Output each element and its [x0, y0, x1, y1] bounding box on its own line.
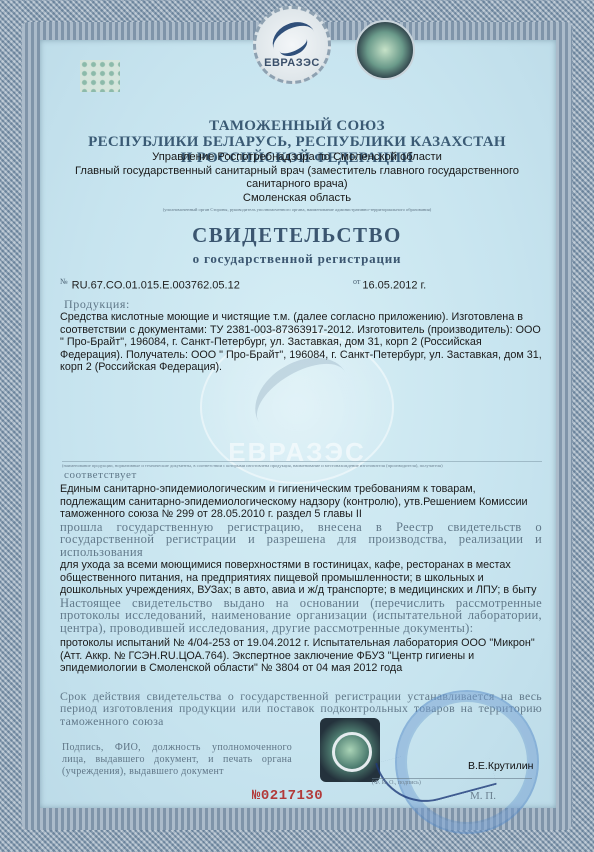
product-description: Средства кислотные моющие и чистящие т.м…	[60, 311, 542, 374]
eurasec-emblem-icon: ЕВРАЗЭС	[253, 6, 331, 84]
issuing-authority: Управление Роспотребнадзора по Смоленско…	[60, 151, 534, 205]
authority-line-1: Управление Роспотребнадзора по Смоленско…	[60, 151, 534, 165]
compliance-label: соответствует	[64, 469, 137, 481]
signer-name: В.Е.Крутилин	[468, 760, 533, 772]
product-label: Продукция:	[64, 297, 130, 312]
hologram-seal-icon	[320, 718, 380, 782]
header-line-2: РЕСПУБЛИКИ БЕЛАРУСЬ, РЕСПУБЛИКИ КАЗАХСТА…	[0, 134, 594, 150]
stamp-place-mark: М. П.	[470, 790, 496, 802]
header-line-1: ТАМОЖЕННЫЙ СОЮЗ	[0, 118, 594, 134]
registration-date-value: 16.05.2012 г.	[362, 280, 426, 292]
hologram-sticker-icon	[355, 20, 415, 80]
number-prefix: №	[60, 277, 68, 286]
authority-caption: (уполномоченный орган Стороны, руководит…	[95, 207, 499, 212]
compliance-text: Единым санитарно-эпидемиологическим и ги…	[60, 483, 542, 521]
product-caption: (наименование продукции, нормативные и т…	[62, 461, 542, 468]
signature-label: Подпись, ФИО, должность уполномоченного …	[62, 742, 292, 778]
basis-label: Настоящее свидетельство выдано на основа…	[60, 597, 542, 634]
authority-line-3: Смоленская область	[60, 192, 534, 206]
basis-documents: протоколы испытаний № 4/04-253 от 19.04.…	[60, 637, 542, 675]
registration-statement: прошла государственную регистрацию, внес…	[60, 521, 542, 558]
guilloche-pattern	[80, 60, 120, 92]
form-serial-number: №0217130	[252, 788, 323, 804]
registration-number-value: RU.67.CO.01.015.E.003762.05.12	[72, 280, 240, 292]
document-title: СВИДЕТЕЛЬСТВО	[0, 223, 594, 248]
registration-number: №RU.67.CO.01.015.E.003762.05.12	[60, 277, 240, 292]
registration-date: от16.05.2012 г.	[353, 277, 426, 292]
authority-line-2: Главный государственный санитарный врач …	[60, 165, 534, 192]
document-subtitle: о государственной регистрации	[0, 251, 594, 267]
usage-scope: для ухода за всеми моющимися поверхностя…	[60, 559, 542, 597]
fio-caption: (Ф. И. О., подпись)	[372, 778, 532, 786]
certificate-page: ЕВРАЗЭС ТАМОЖЕННЫЙ СОЮЗ РЕСПУБЛИКИ БЕЛАР…	[0, 0, 594, 852]
date-prefix: от	[353, 277, 360, 286]
